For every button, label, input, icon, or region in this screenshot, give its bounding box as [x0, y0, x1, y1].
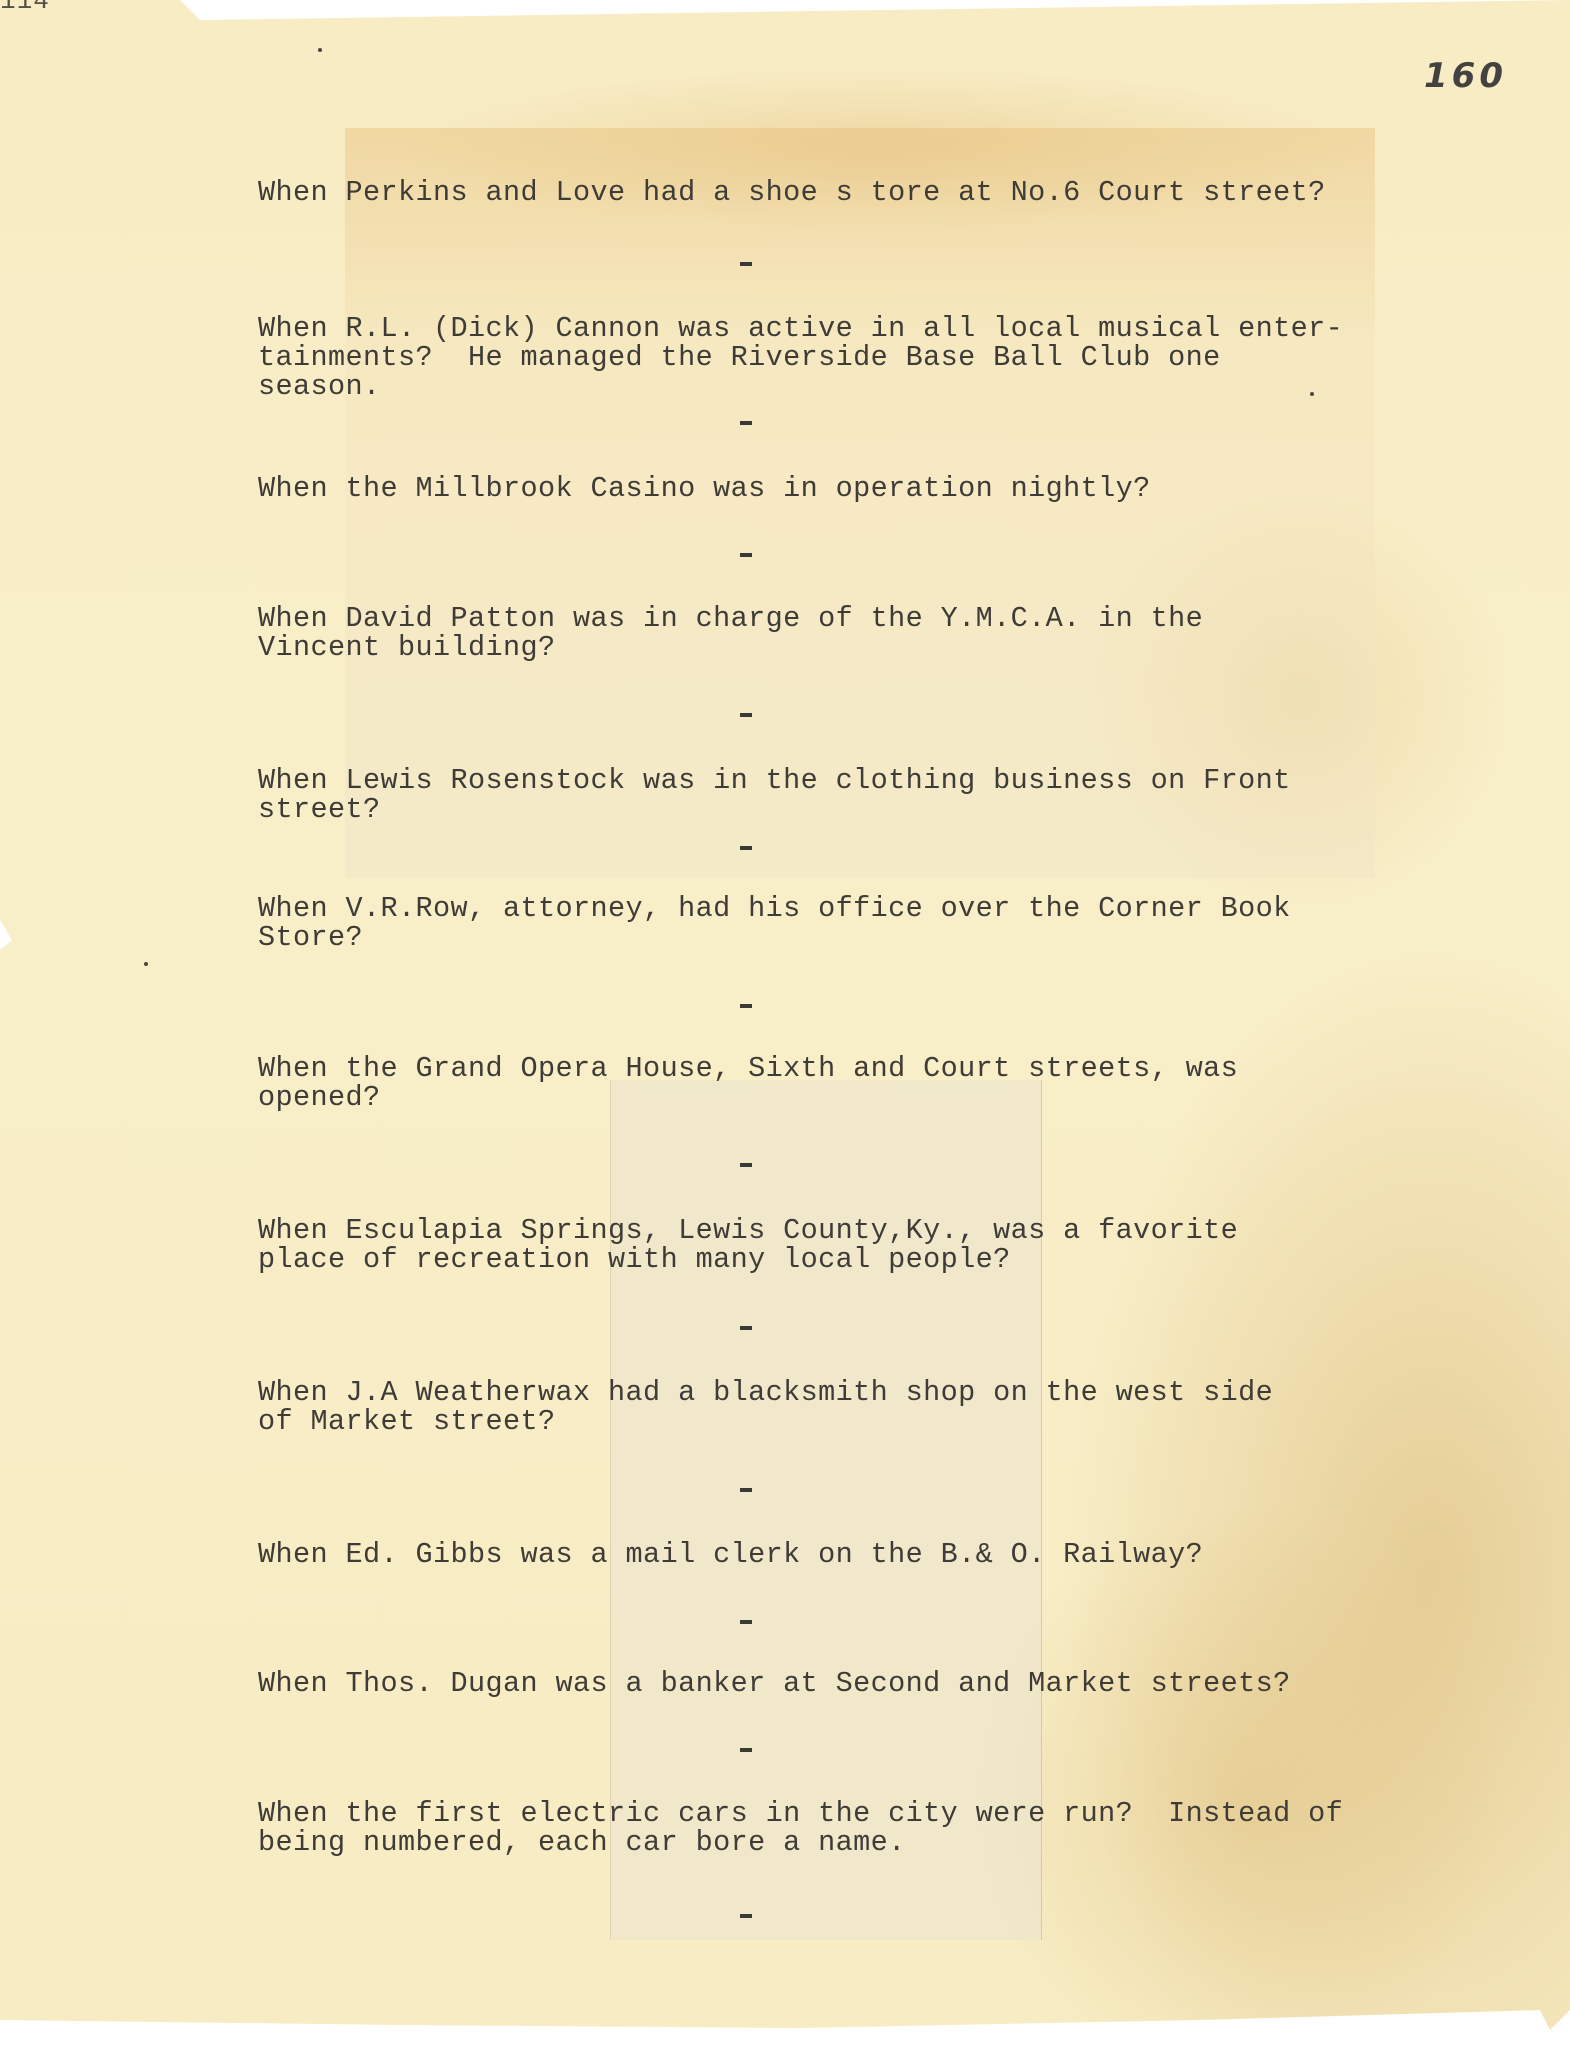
- separator-dash: [740, 1004, 752, 1008]
- separator-dash: [740, 846, 752, 850]
- list-item: When Perkins and Love had a shoe s tore …: [258, 178, 1458, 207]
- separator-dash: [740, 1163, 752, 1167]
- separator-dash: [740, 553, 752, 557]
- list-item: When Thos. Dugan was a banker at Second …: [258, 1669, 1458, 1698]
- list-item: When Ed. Gibbs was a mail clerk on the B…: [258, 1540, 1458, 1569]
- list-item: When V.R.Row, attorney, had his office o…: [258, 894, 1458, 952]
- separator-dash: [740, 1326, 752, 1330]
- list-item: When R.L. (Dick) Cannon was active in al…: [258, 314, 1458, 401]
- list-item: When Esculapia Springs, Lewis County,Ky.…: [258, 1216, 1458, 1274]
- list-item: When the Grand Opera House, Sixth and Co…: [258, 1054, 1458, 1112]
- list-item: When David Patton was in charge of the Y…: [258, 604, 1458, 662]
- separator-dash: [740, 262, 752, 266]
- list-item: When the first electric cars in the city…: [258, 1799, 1458, 1857]
- separator-dash: [740, 1748, 752, 1752]
- separator-dash: [740, 1914, 752, 1918]
- separator-dash: [740, 1620, 752, 1624]
- document-page: 114 160 When Perkins and Love had a shoe…: [0, 0, 1570, 2030]
- separator-dash: [740, 713, 752, 717]
- list-item: When J.A Weatherwax had a blacksmith sho…: [258, 1378, 1458, 1436]
- separator-dash: [740, 421, 752, 425]
- separator-dash: [740, 1488, 752, 1492]
- handwritten-page-number: 160: [1424, 56, 1507, 96]
- ink-speck: [318, 48, 322, 52]
- list-item: When Lewis Rosenstock was in the clothin…: [258, 766, 1458, 824]
- page-reference-number: 114: [0, 0, 50, 16]
- list-item: When the Millbrook Casino was in operati…: [258, 474, 1458, 503]
- ink-speck: [144, 962, 148, 966]
